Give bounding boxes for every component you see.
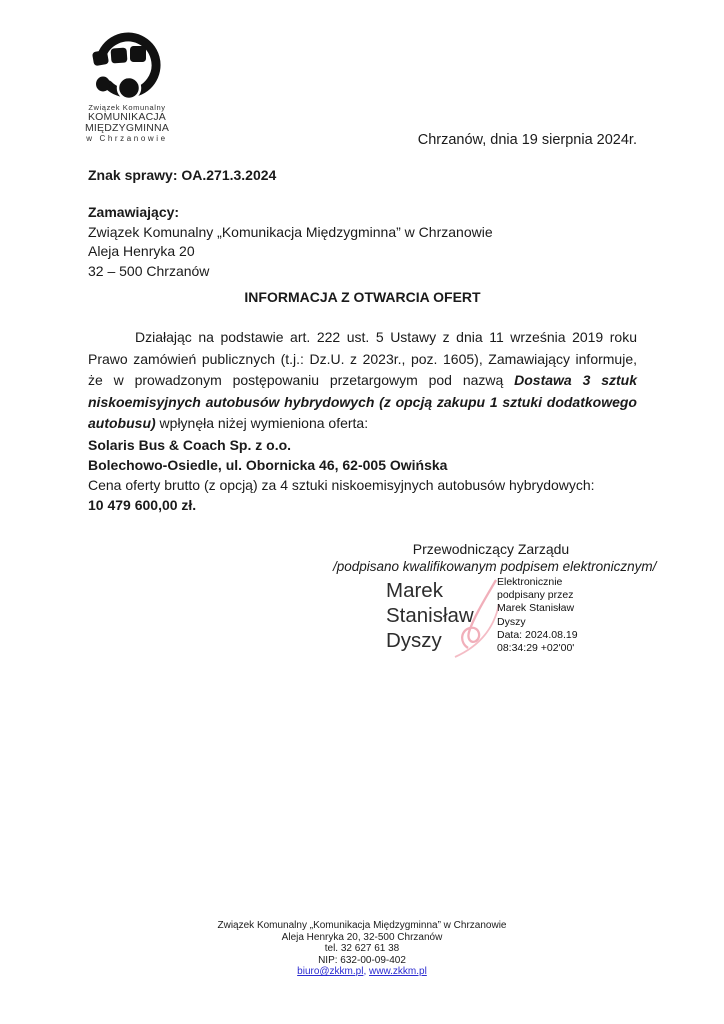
logo-name-1: KOMUNIKACJA xyxy=(82,112,172,123)
document-page: Związek Komunalny KOMUNIKACJA MIĘDZYGMIN… xyxy=(0,0,724,1024)
document-date: Chrzanów, dnia 19 sierpnia 2024r. xyxy=(88,132,637,148)
cert-line4: Dyszy xyxy=(497,616,578,629)
offer-price-value: 10 479 600,00 zł. xyxy=(88,495,595,515)
digital-signature: Marek Stanisław Dyszy Elektronicznie pod… xyxy=(333,576,649,666)
footer-website-link[interactable]: www.zkkm.pl xyxy=(369,966,427,977)
footer-nip: NIP: 632-00-09-402 xyxy=(0,955,724,967)
cert-line3: Marek Stanisław xyxy=(497,602,578,615)
footer-address: Aleja Henryka 20, 32-500 Chrzanów xyxy=(0,932,724,944)
intro-text-tail: wpłynęła niżej wymieniona oferta: xyxy=(156,415,368,431)
buyer-label: Zamawiający: xyxy=(88,203,493,223)
bidder-company: Solaris Bus & Coach Sp. z o.o. xyxy=(88,435,595,455)
cert-line5: Data: 2024.08.19 xyxy=(497,629,578,642)
signature-note: /podpisano kwalifikowanym podpisem elekt… xyxy=(333,559,649,574)
document-footer: Związek Komunalny „Komunikacja Międzygmi… xyxy=(0,920,724,978)
certificate-details: Elektronicznie podpisany przez Marek Sta… xyxy=(497,576,578,655)
buyer-street: Aleja Henryka 20 xyxy=(88,242,493,262)
cert-line1: Elektronicznie xyxy=(497,576,578,589)
offer-block: Solaris Bus & Coach Sp. z o.o. Bolechowo… xyxy=(88,435,595,515)
buyer-block: Zamawiający: Związek Komunalny „Komunika… xyxy=(88,203,493,281)
footer-links: biuro@zkkm.pl, www.zkkm.pl xyxy=(0,966,724,978)
bidder-address: Bolechowo-Osiedle, ul. Obornicka 46, 62-… xyxy=(88,455,595,475)
organization-logo: Związek Komunalny KOMUNIKACJA MIĘDZYGMIN… xyxy=(82,28,172,143)
footer-email-link[interactable]: biuro@zkkm.pl xyxy=(297,966,363,977)
cert-line6: 08:34:29 +02'00' xyxy=(497,642,578,655)
document-title: INFORMACJA Z OTWARCIA OFERT xyxy=(88,289,637,305)
signer-role: Przewodniczący Zarządu xyxy=(333,541,649,557)
case-number: Znak sprawy: OA.271.3.2024 xyxy=(88,167,276,183)
buyer-city: 32 – 500 Chrzanów xyxy=(88,262,493,282)
footer-org-name: Związek Komunalny „Komunikacja Międzygmi… xyxy=(0,920,724,932)
footer-phone: tel. 32 627 61 38 xyxy=(0,943,724,955)
intro-paragraph: Działając na podstawie art. 222 ust. 5 U… xyxy=(88,327,637,435)
bus-logo-icon xyxy=(87,28,167,102)
offer-price-label: Cena oferty brutto (z opcją) za 4 sztuki… xyxy=(88,475,595,495)
buyer-name: Związek Komunalny „Komunikacja Międzygmi… xyxy=(88,223,493,243)
signature-block: Przewodniczący Zarządu /podpisano kwalif… xyxy=(333,541,649,666)
cert-line2: podpisany przez xyxy=(497,589,578,602)
